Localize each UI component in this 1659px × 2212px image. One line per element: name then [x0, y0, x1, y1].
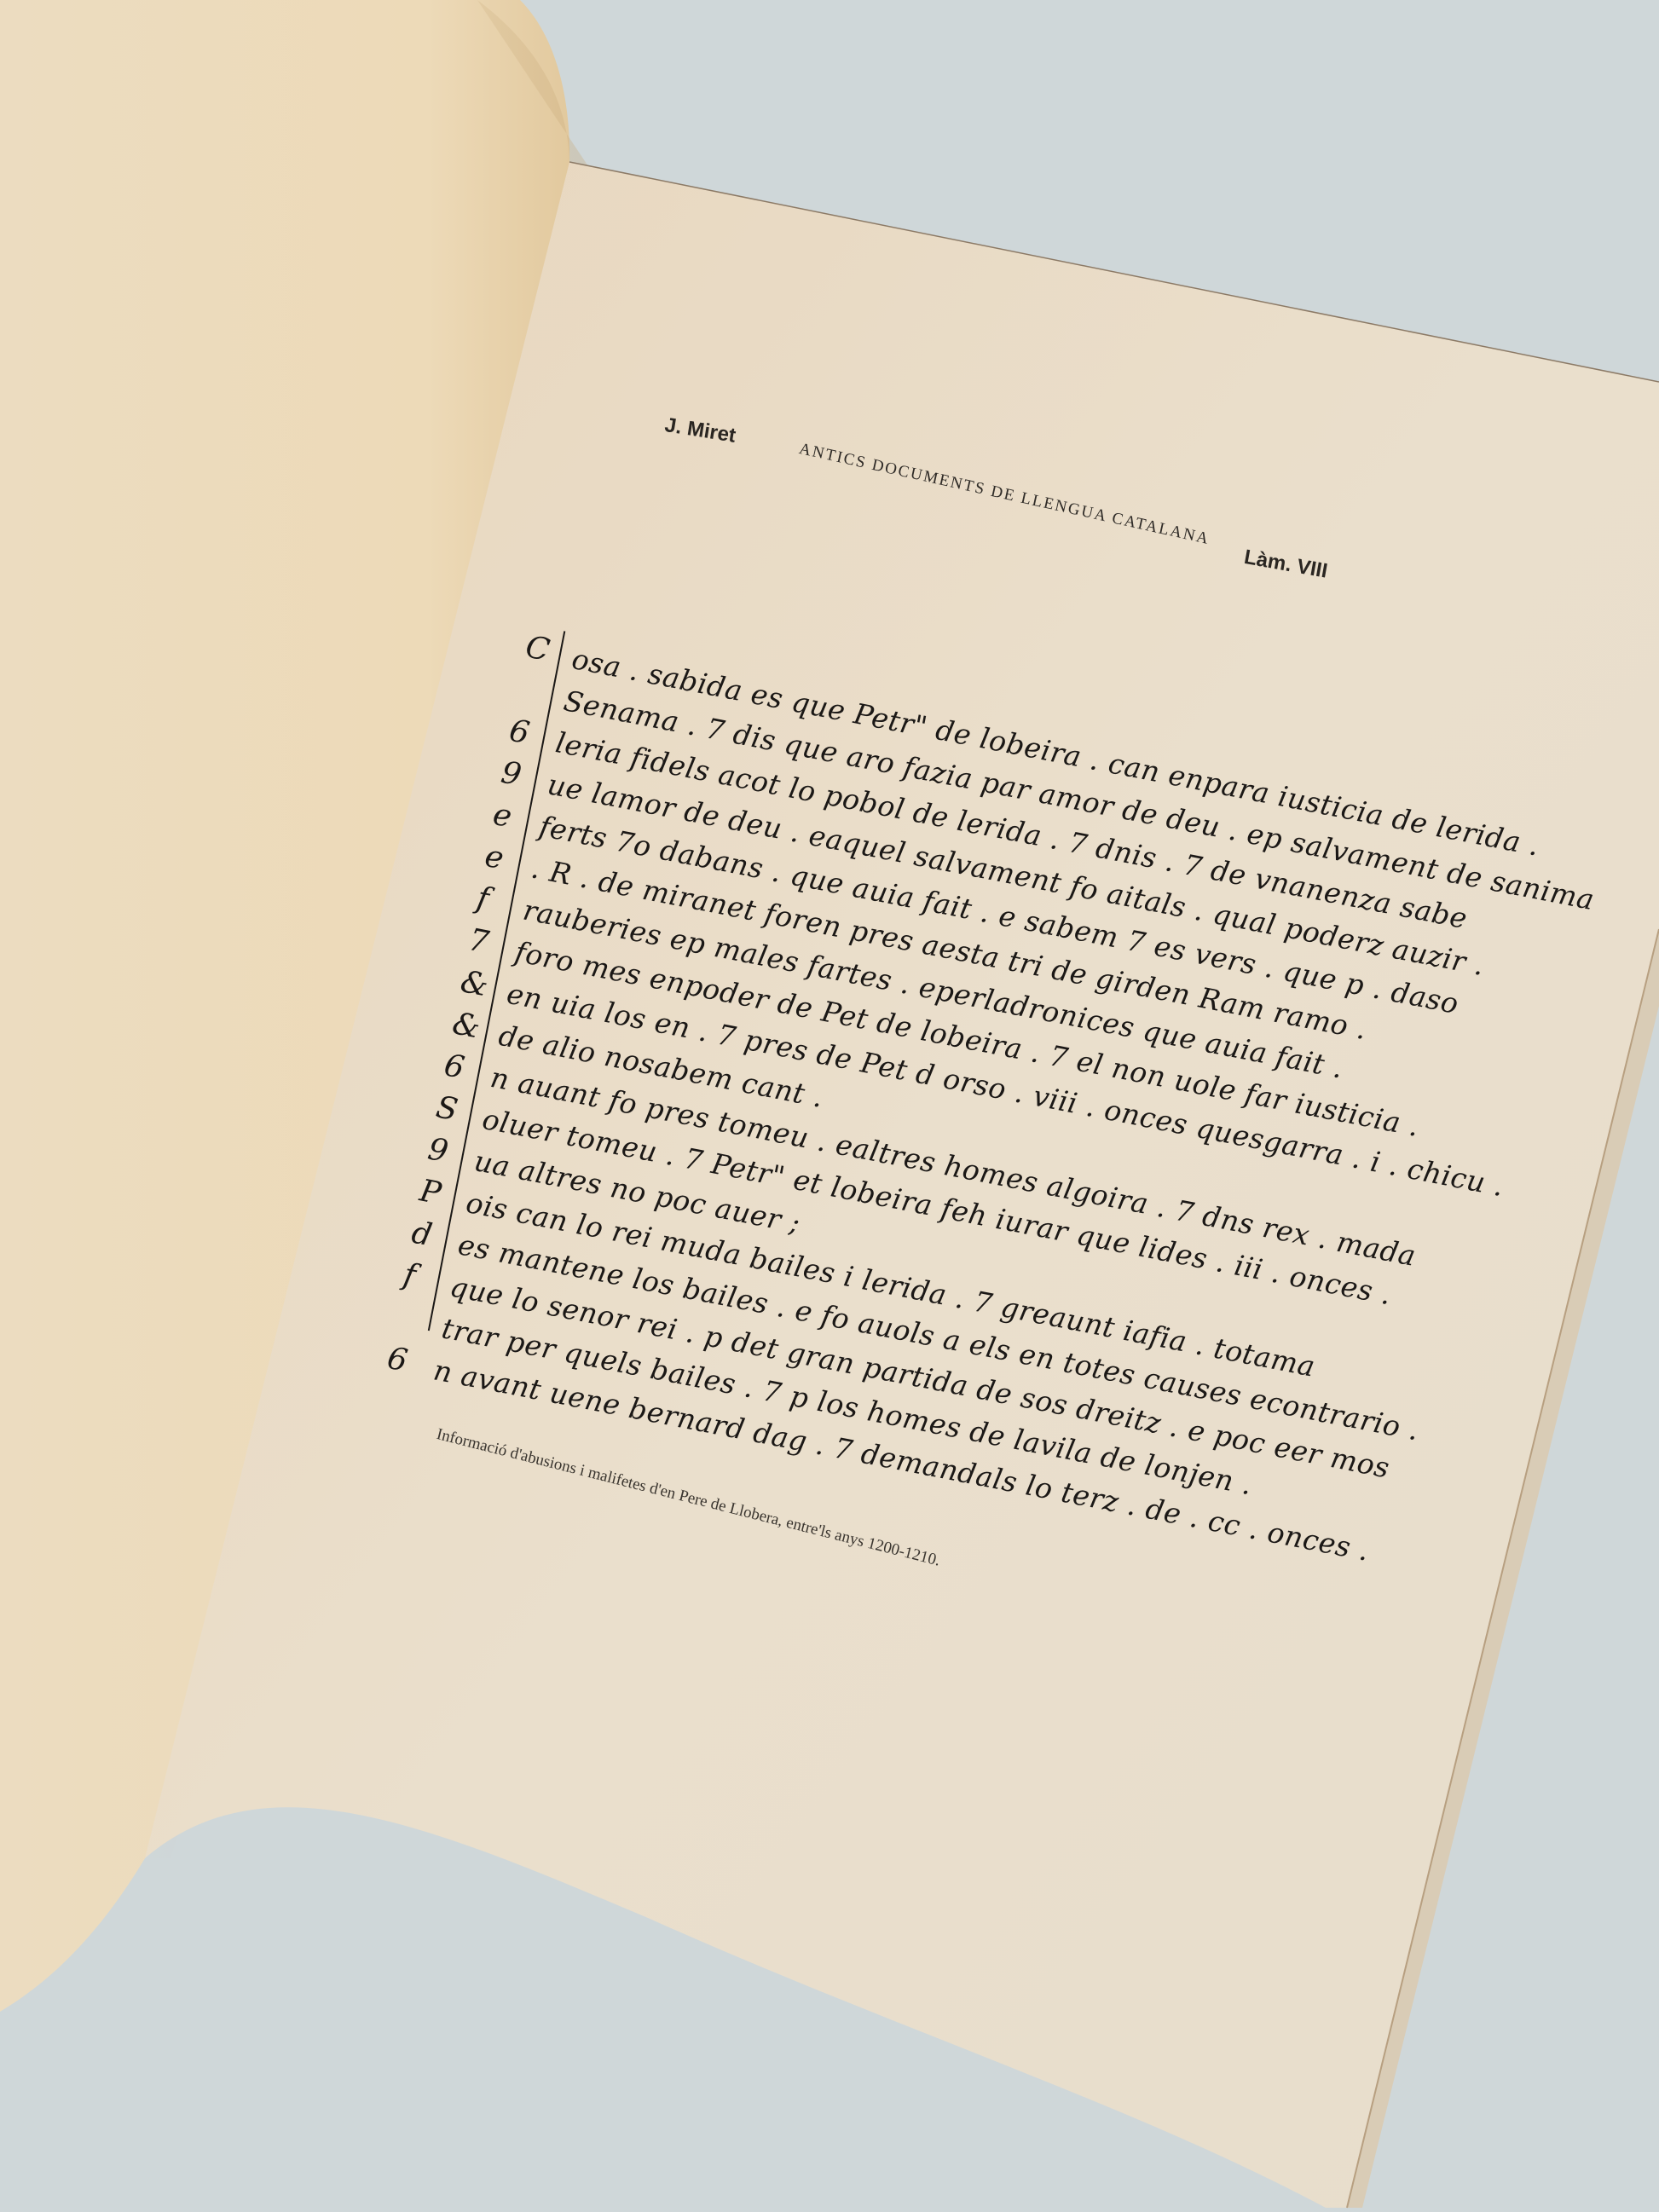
photo-scene: J. Miret ANTICS DOCUMENTS DE LLENGUA CAT…	[0, 0, 1659, 2212]
manuscript-facsimile: Cosa . sabida es que Petr" de lobeira . …	[425, 638, 1324, 1537]
